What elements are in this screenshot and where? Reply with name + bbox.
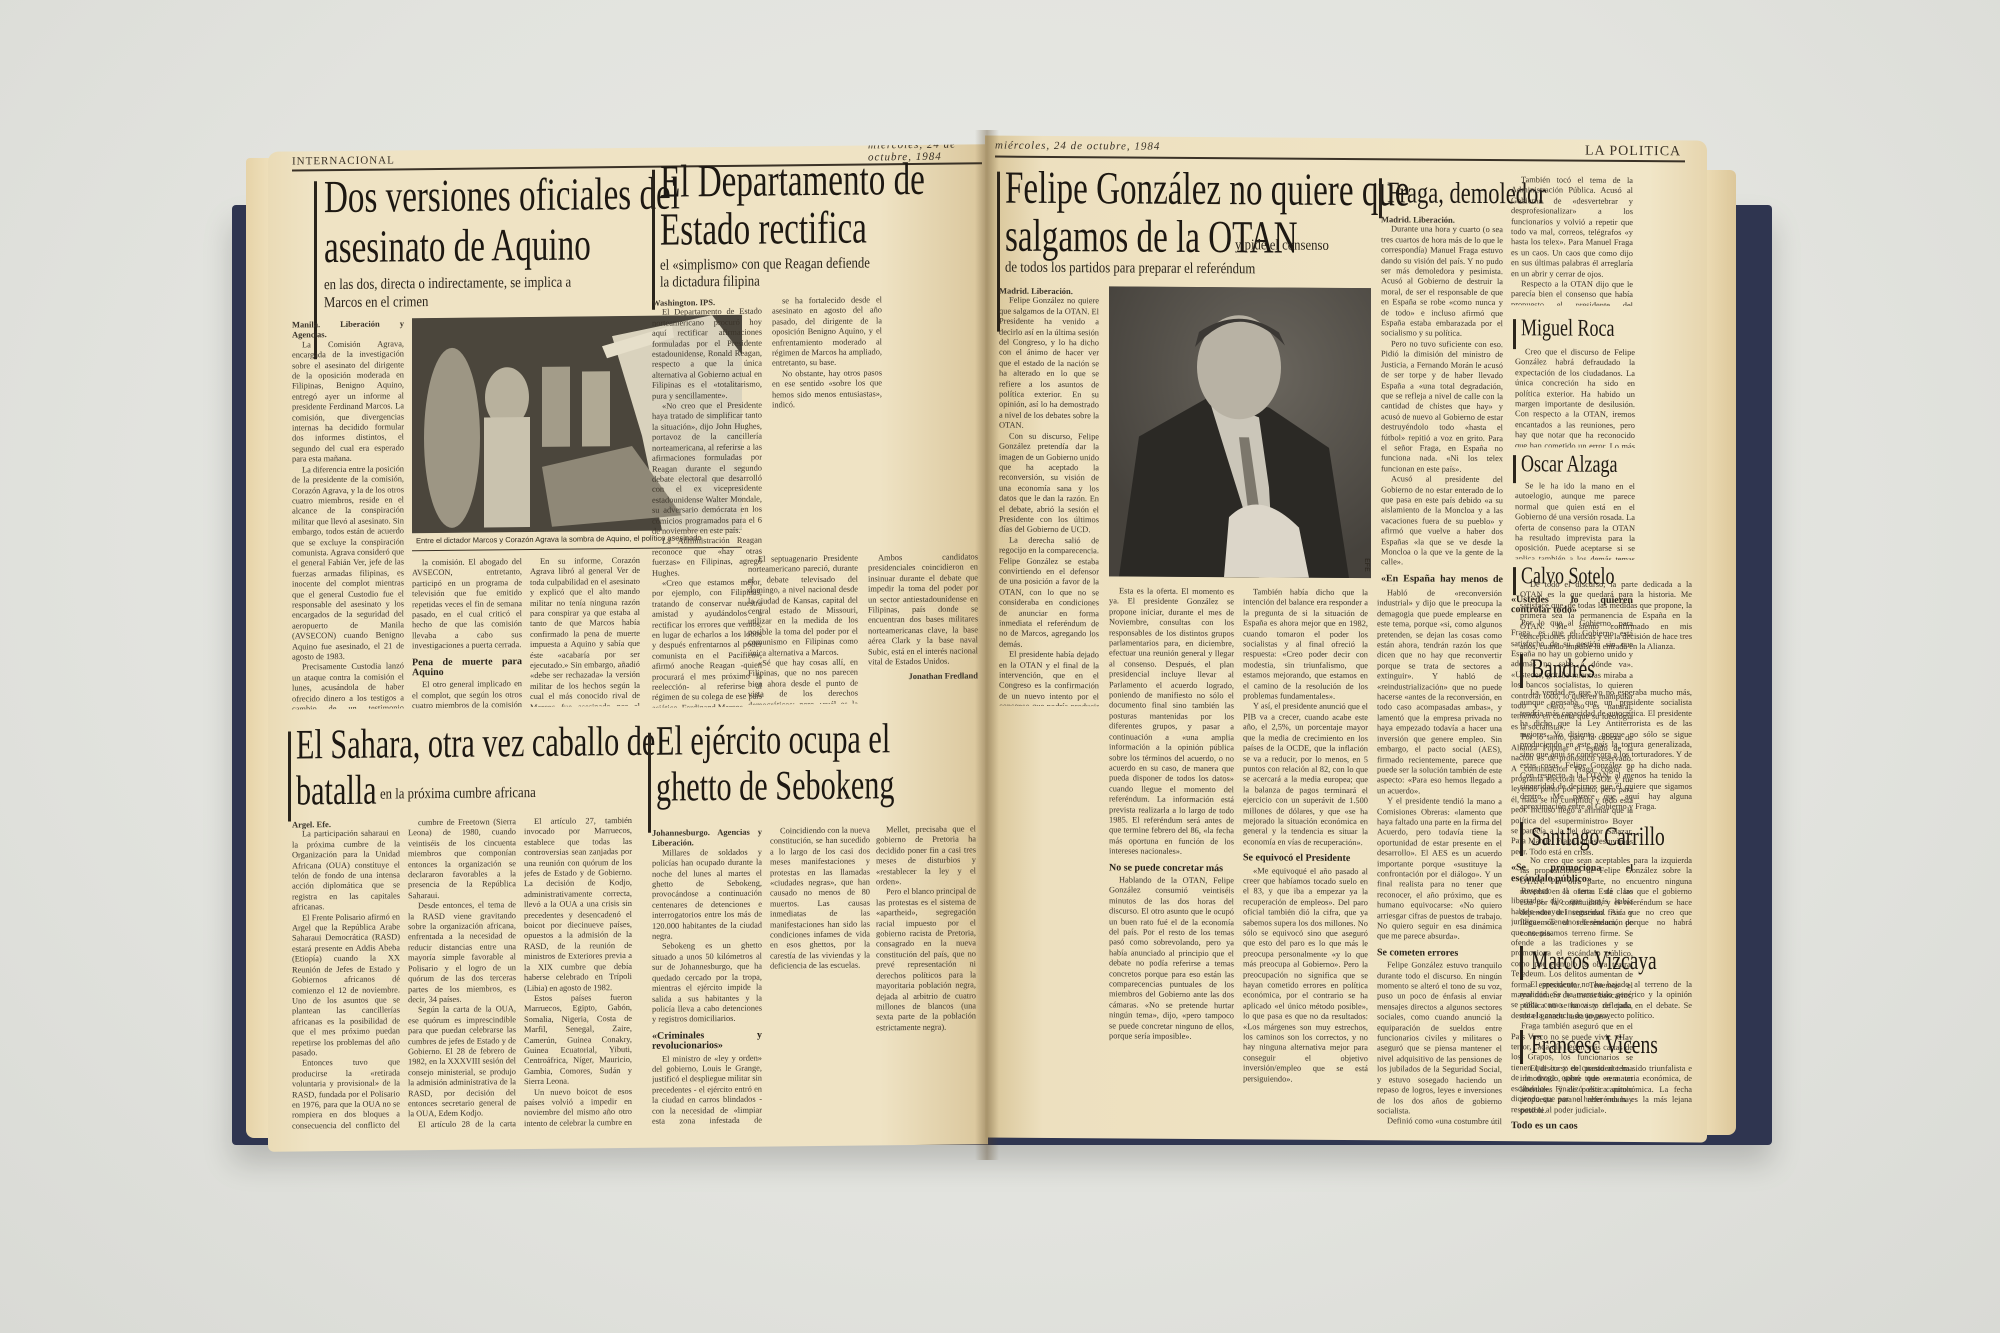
article-aquino-col1: Manila. Liberación y Agencias. La Comisi… <box>292 318 404 709</box>
article-aquino-col2: la comisión. El abogado del AVSECON, ent… <box>412 557 522 708</box>
book-gutter <box>975 130 999 1160</box>
article-departamento-col1: Washington. IPS. El Departamento de Esta… <box>652 297 762 708</box>
article-sahara-col1: Argel. Efe. La participación saharaui en… <box>292 818 400 1129</box>
article-sebokeng-col2: Coincidiendo con la nueva constitución, … <box>770 825 870 1126</box>
article-gonzalez-col4: Habló de «reconversión industrial» y dij… <box>1377 588 1502 1129</box>
headline-sahara-2: batalla <box>296 769 377 814</box>
reaction-text-carrillo: No creo que sean aceptables para la izqu… <box>1520 856 1692 940</box>
reactions-column: De todo el discurso, la parte dedicada a… <box>1520 580 1700 1118</box>
subhead-aquino-2: Marcos en el crimen <box>324 294 428 312</box>
article-sebokeng-col3: Mellet, precisaba que el gobierno de Pre… <box>876 824 976 1125</box>
article-gonzalez-col1: Madrid. Liberación. Felipe González no q… <box>999 286 1099 707</box>
article-sahara-col2: cumbre de Freetown (Sierra Leona) de 198… <box>408 817 516 1128</box>
headline-bar <box>1513 567 1516 595</box>
reaction-heading-carrillo: Santiago Carrillo <box>1520 822 1700 856</box>
crosshead: Pena de muerte para Aquino <box>412 657 522 679</box>
reaction-heading-vicens: Francesc Vicens <box>1520 1030 1700 1064</box>
article-departamento-col2: El septuagenario Presidente norteamerica… <box>748 554 858 705</box>
reaction-text-sotelo: De todo el discurso, la parte dedicada a… <box>1520 580 1692 650</box>
reaction-heading-bandres: Bandrés <box>1520 654 1700 688</box>
headline-sebokeng-1: El ejército ocupa el <box>656 717 890 764</box>
headline-bar <box>1379 178 1382 218</box>
headline-bar <box>648 733 651 833</box>
photo-felipe-gonzalez <box>1109 286 1371 578</box>
headline-aquino-1: Dos versiones oficiales del <box>324 169 680 221</box>
article-fraga-col3: También tocó el tema de la Administració… <box>1511 175 1633 306</box>
headline-departamento-1: El Departamento de <box>660 155 925 206</box>
reaction-name-alzaga: Oscar Alzaga <box>1521 451 1617 479</box>
dateline: Manila. Liberación y Agencias. <box>292 318 404 340</box>
headline-bar <box>1513 455 1516 483</box>
headline-bar <box>1513 319 1516 349</box>
section-header-right: LA POLITICA <box>1585 144 1681 161</box>
reaction-text-roca: Creo que el discurso de Felipe González … <box>1515 347 1635 448</box>
article-aquino-col3: En su informe, Corazón Agrava libró al g… <box>530 556 640 707</box>
reaction-text-vizcaya: El presidente no ha bajado al terreno de… <box>1520 980 1692 1024</box>
headline-bar <box>652 170 655 310</box>
headline-gonzalez-tail: y pide el consenso <box>1235 237 1329 255</box>
headline-sahara-1: El Sahara, otra vez caballo de <box>296 720 655 768</box>
article-fraga-col1: Madrid. Liberación. Durante una hora y c… <box>1381 214 1503 585</box>
reaction-text-bandres: La verdad es que yo no esperaba mucho má… <box>1520 688 1692 816</box>
byline: Jonathan Fredland <box>868 671 978 683</box>
left-page: INTERNACIONAL miércoles, 24 de octubre, … <box>268 144 988 1152</box>
section-header-left: INTERNACIONAL <box>292 154 395 167</box>
article-gonzalez-col2: Esta es la oferta. El momento es ya. El … <box>1109 586 1234 1127</box>
headline-departamento-2: Estado rectifica <box>660 203 867 253</box>
headline-sebokeng-2: ghetto de Sebokeng <box>656 763 895 810</box>
date-header-right: miércoles, 24 de octubre, 1984 <box>995 140 1160 153</box>
article-gonzalez-col3: También había dicho que la intención del… <box>1243 587 1368 1128</box>
reaction-name-roca: Miguel Roca <box>1521 315 1614 343</box>
article-departamento-col4: Ambos candidatos presidenciales coincidi… <box>868 552 978 703</box>
article-sahara-col3: El artículo 27, también invocado por Mar… <box>524 816 632 1127</box>
article-sebokeng-col1: Johannesburgo. Agencias y Liberación. Mi… <box>652 827 762 1128</box>
reaction-text-vicens: El discurso del presidente ha sido triun… <box>1520 1064 1692 1118</box>
reaction-text-alzaga: Se le ha ido la mano en el autoelogio, a… <box>1515 481 1635 560</box>
subhead-gonzalez: de todos los partidos para preparar el r… <box>1005 260 1255 279</box>
headline-gonzalez-1: Felipe González no quiere que <box>1005 164 1410 215</box>
article-departamento-col3: se ha fortalecido desde el asesinato en … <box>772 295 882 546</box>
subhead-departamento-1: el «simplismo» con que Reagan defiende <box>660 255 870 274</box>
headline-bar <box>288 732 291 822</box>
headline-aquino-2: asesinato de Aquino <box>324 220 591 271</box>
reaction-heading-vizcaya: Marcos Vizcaya <box>1520 946 1700 980</box>
subhead-departamento-2: la dictadura filipina <box>660 274 760 292</box>
subhead-aquino-1: en las dos, directa o indirectamente, se… <box>324 275 571 295</box>
subhead-sahara: en la próxima cumbre africana <box>380 785 536 804</box>
photo-credit: EFE <box>1363 558 1370 572</box>
